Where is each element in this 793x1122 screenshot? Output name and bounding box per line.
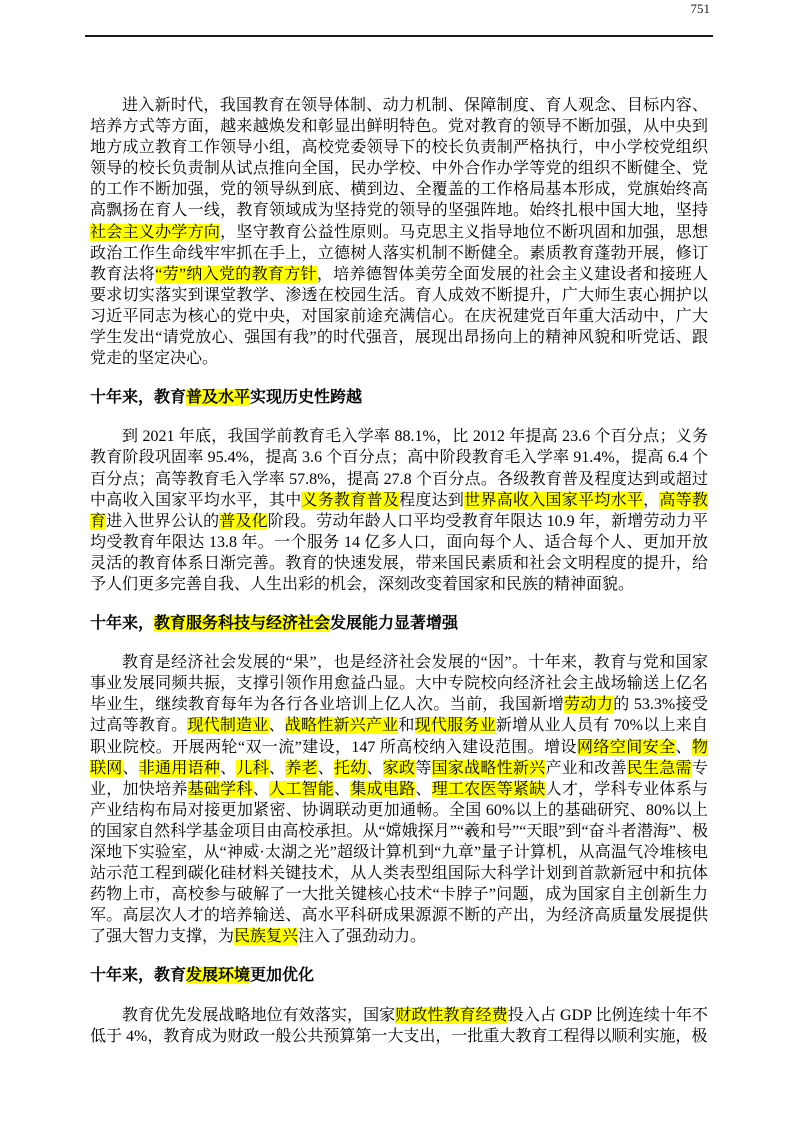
text-run: 、 xyxy=(334,781,350,798)
highlighted-text: “劳”纳入党的教育方针 xyxy=(155,266,317,283)
highlighted-text: 国家战略性新兴 xyxy=(432,760,546,777)
paragraph: 到 2021 年底，我国学前教育毛入学率 88.1%，比 2012 年提高 23… xyxy=(90,426,708,595)
highlighted-text: 托幼 xyxy=(334,760,367,777)
section-heading: 十年来，教育普及水平实现历史性跨越 xyxy=(90,387,708,408)
highlighted-text: 家政 xyxy=(383,760,416,777)
text-run: 人才，学科专业体系与产业结构布局对接更加紧密、协调联动更加通畅。全国 60%以上… xyxy=(90,781,708,946)
highlighted-text: 网络空间安全 xyxy=(577,739,676,756)
text-run: 进入新时代，我国教育在领导体制、动力机制、保障制度、育人观念、目标内容、培养方式… xyxy=(90,97,708,219)
text-run: 、 xyxy=(220,760,236,777)
highlighted-text: 发展环境 xyxy=(186,967,250,984)
section-heading: 十年来，教育服务科技与经济社会发展能力显著增强 xyxy=(90,613,708,634)
highlighted-text: 人工智能 xyxy=(269,781,334,798)
highlighted-text: 现代服务业 xyxy=(415,717,496,734)
highlighted-text: 理工农医等紧缺 xyxy=(432,781,546,798)
header-rule xyxy=(85,35,713,37)
text-run: 、 xyxy=(676,739,692,756)
highlighted-text: 财政性教育经费 xyxy=(395,1007,508,1024)
text-run: 等 xyxy=(415,760,431,777)
document-page: 751 进入新时代，我国教育在领导体制、动力机制、保障制度、育人观念、目标内容、… xyxy=(0,0,793,1122)
text-run: 进入世界公认的 xyxy=(106,513,219,530)
text-run: 十年来，教育 xyxy=(90,967,186,984)
highlighted-text: 民族复兴 xyxy=(234,928,298,945)
text-run: 、 xyxy=(253,781,269,798)
highlighted-text: 基础学科 xyxy=(188,781,253,798)
text-run: 和 xyxy=(398,717,414,734)
highlighted-text: 义务教育普及 xyxy=(301,492,399,509)
section-heading: 十年来，教育发展环境更加优化 xyxy=(90,965,708,986)
document-content: 进入新时代，我国教育在领导体制、动力机制、保障制度、育人观念、目标内容、培养方式… xyxy=(90,95,708,1047)
text-run: 十年来， xyxy=(90,615,154,632)
text-run: 十年来，教育 xyxy=(90,389,186,406)
paragraph: 进入新时代，我国教育在领导体制、动力机制、保障制度、育人观念、目标内容、培养方式… xyxy=(90,95,708,369)
highlighted-text: 战略性新兴产业 xyxy=(285,717,399,734)
text-run: 注入了强劲动力。 xyxy=(298,928,426,945)
highlighted-text: 普及化 xyxy=(219,513,267,530)
highlighted-text: 民生急需 xyxy=(627,760,692,777)
highlighted-text: 劳动力 xyxy=(564,696,613,713)
highlighted-text: 社会主义办学方向 xyxy=(90,224,220,241)
text-run: 、 xyxy=(318,760,334,777)
paragraph: 教育是经济社会发展的“果”，也是经济社会发展的“因”。十年来，教育与党和国家事业… xyxy=(90,652,708,947)
text-run: 、 xyxy=(269,717,285,734)
paragraph: 教育优先发展战略地位有效落实，国家财政性教育经费投入占 GDP 比例连续十年不低… xyxy=(90,1005,708,1047)
highlighted-text: 普及水平 xyxy=(186,389,250,406)
text-run: 程度达到 xyxy=(399,492,464,509)
text-run: 产业和改善 xyxy=(545,760,626,777)
highlighted-text: 世界高收入国家平均水平 xyxy=(464,492,643,509)
page-number: 751 xyxy=(691,1,711,17)
highlighted-text: 养老 xyxy=(285,760,318,777)
highlighted-text: 非通用语种 xyxy=(139,760,220,777)
text-run: ， xyxy=(643,492,659,509)
highlighted-text: 现代制造业 xyxy=(187,717,268,734)
highlighted-text: 教育服务科技与经济社会 xyxy=(154,615,330,632)
text-run: 、 xyxy=(367,760,383,777)
text-run: 发展能力显著增强 xyxy=(330,615,458,632)
text-run: 实现历史性跨越 xyxy=(250,389,362,406)
highlighted-text: 儿科 xyxy=(236,760,269,777)
highlighted-text: 集成电路 xyxy=(350,781,415,798)
text-run: 更加优化 xyxy=(250,967,314,984)
text-run: 、 xyxy=(269,760,285,777)
text-run: 教育优先发展战略地位有效落实，国家 xyxy=(122,1007,395,1024)
text-run: 、 xyxy=(123,760,139,777)
text-run: 、 xyxy=(415,781,431,798)
